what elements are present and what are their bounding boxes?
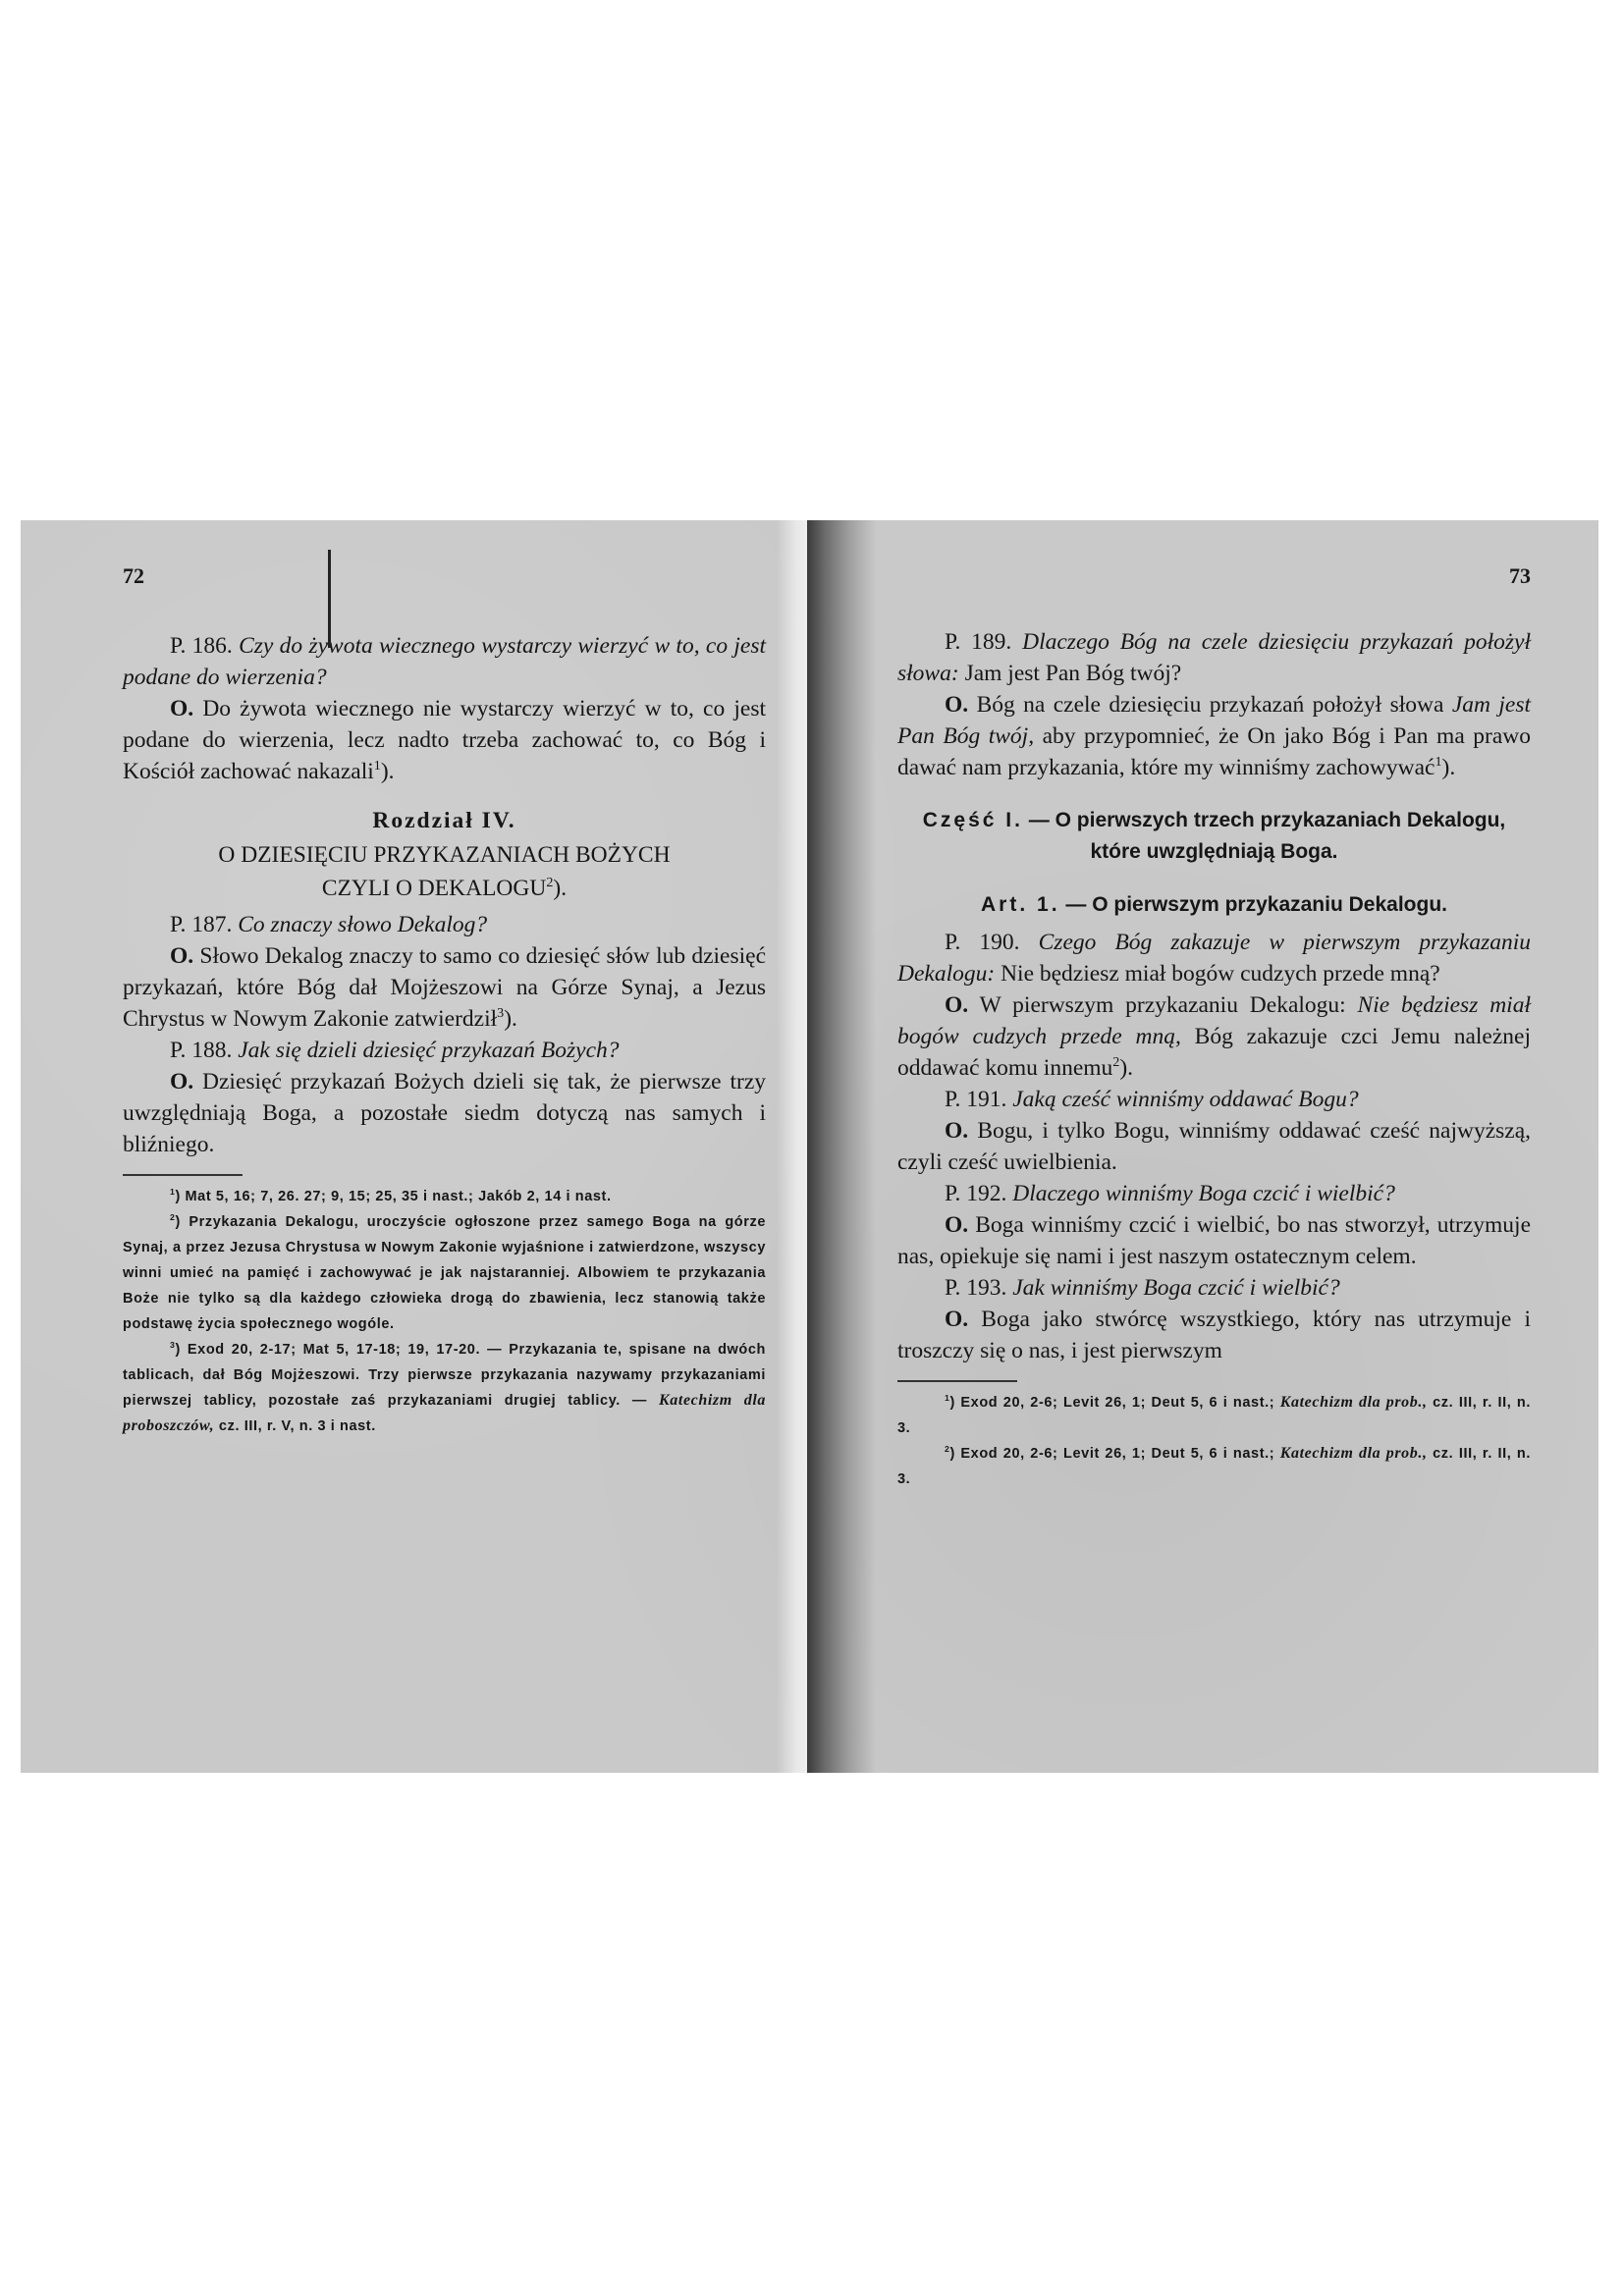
section-heading: Część I. — O pierwszych trzech przykazan… [897, 805, 1531, 868]
left-page-body: P. 186. Czy do żywota wiecznego wystarcz… [123, 630, 766, 1439]
answer-190: O. W pierwszym przykazaniu Dekalogu: Nie… [897, 989, 1531, 1084]
question-193: P. 193. Jak winniśmy Boga czcić i wielbi… [897, 1272, 1531, 1304]
footnote-2: 2) Exod 20, 2-6; Levit 26, 1; Deut 5, 6 … [897, 1441, 1531, 1492]
question-190: P. 190. Czego Bóg zakazuje w pierwszym p… [897, 927, 1531, 989]
book-scan: 72 P. 186. Czy do żywota wiecznego wysta… [21, 520, 1598, 1773]
gutter-highlight [777, 520, 809, 1773]
footnote-1: 1) Mat 5, 16; 7, 26. 27; 9, 15; 25, 35 i… [123, 1184, 766, 1209]
footnotes-left: 1) Mat 5, 16; 7, 26. 27; 9, 15; 25, 35 i… [123, 1184, 766, 1439]
footnote-rule [123, 1174, 243, 1176]
answer-193: O. Boga jako stwórcę wszystkiego, który … [897, 1304, 1531, 1366]
footnote-rule [897, 1380, 1017, 1382]
right-page-body: P. 189. Dlaczego Bóg na czele dziesięciu… [897, 626, 1531, 1492]
footnote-2: 2) Przykazania Dekalogu, uroczyście ogło… [123, 1209, 766, 1337]
question-187: P. 187. Co znaczy słowo Dekalog? [123, 909, 766, 940]
answer-186: O. Do żywota wiecznego nie wystarczy wie… [123, 693, 766, 787]
page-number-left: 72 [123, 563, 144, 589]
footnote-3: 3) Exod 20, 2-17; Mat 5, 17-18; 19, 17-2… [123, 1337, 766, 1439]
question-192: P. 192. Dlaczego winniśmy Boga czcić i w… [897, 1178, 1531, 1209]
answer-187: O. Słowo Dekalog znaczy to samo co dzies… [123, 940, 766, 1035]
pen-mark [328, 550, 331, 648]
gutter-shadow [807, 520, 876, 1773]
question-188: P. 188. Jak się dzieli dziesięć przykaza… [123, 1035, 766, 1066]
answer-188: O. Dziesięć przykazań Bożych dzieli się … [123, 1066, 766, 1160]
answer-189: O. Bóg na czele dziesięciu przykazań poł… [897, 689, 1531, 783]
question-189: P. 189. Dlaczego Bóg na czele dziesięciu… [897, 626, 1531, 689]
right-page: 73 P. 189. Dlaczego Bóg na czele dziesię… [897, 520, 1531, 1773]
page-number-right: 73 [1509, 563, 1531, 589]
answer-191: O. Bogu, i tylko Bogu, winniśmy oddawać … [897, 1115, 1531, 1178]
chapter-title: O DZIESIĘCIU PRZYKAZANIACH BOŻYCH CZYLI … [123, 838, 766, 905]
question-186: P. 186. Czy do żywota wiecznego wystarcz… [123, 630, 766, 693]
footnotes-right: 1) Exod 20, 2-6; Levit 26, 1; Deut 5, 6 … [897, 1390, 1531, 1492]
left-page: 72 P. 186. Czy do żywota wiecznego wysta… [123, 520, 766, 1773]
answer-192: O. Boga winniśmy czcić i wielbić, bo nas… [897, 1209, 1531, 1272]
question-191: P. 191. Jaką cześć winniśmy oddawać Bogu… [897, 1084, 1531, 1115]
footnote-1: 1) Exod 20, 2-6; Levit 26, 1; Deut 5, 6 … [897, 1390, 1531, 1441]
article-heading: Art. 1. — O pierwszym przykazaniu Dekalo… [897, 889, 1531, 921]
chapter-label: Rozdział IV. [123, 805, 766, 836]
